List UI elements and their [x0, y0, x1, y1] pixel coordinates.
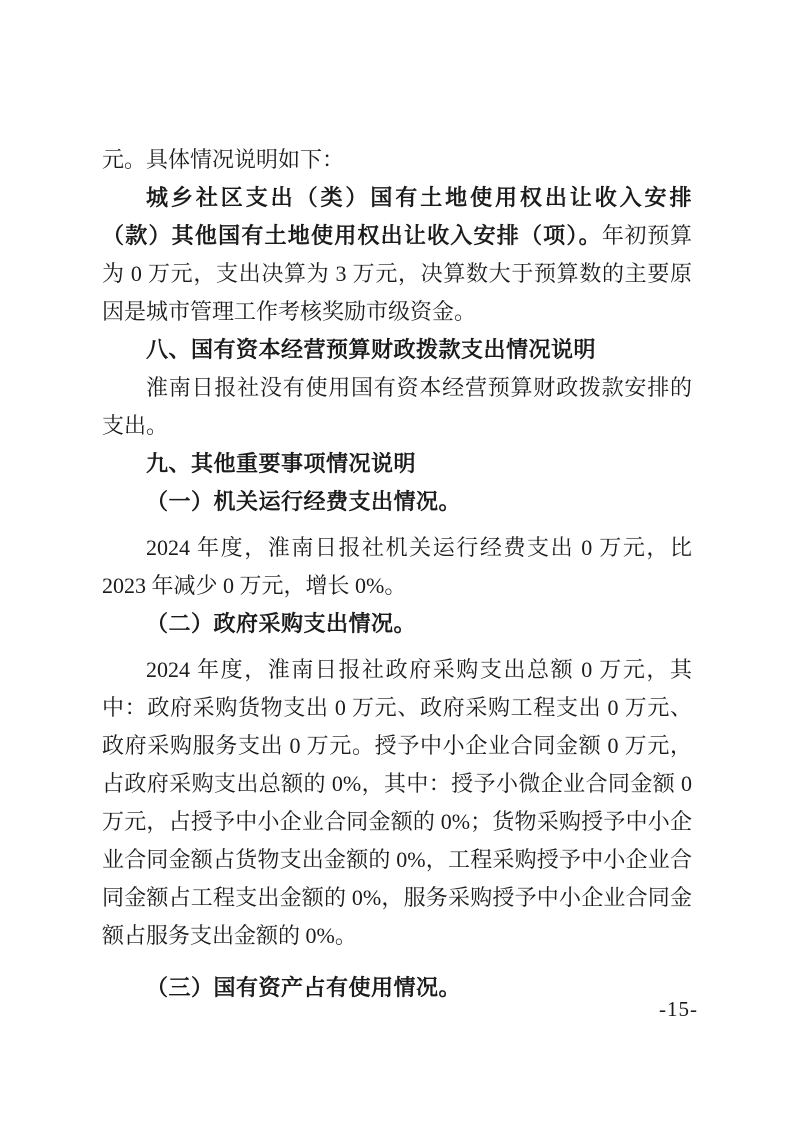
section-9-sub3-heading: （三）国有资产占有使用情况。 [102, 969, 692, 1007]
section-8-heading: 八、国有资本经营预算财政拨款支出情况说明 [102, 331, 692, 369]
paragraph-land-transfer: 城乡社区支出（类）国有土地使用权出让收入安排（款）其他国有土地使用权出让收入安排… [102, 179, 692, 331]
page-number: -15- [659, 996, 698, 1022]
paragraph-continuation: 元。具体情况说明如下： [102, 141, 692, 179]
section-9-sub2-body: 2024 年度，淮南日报社政府采购支出总额 0 万元，其中：政府采购货物支出 0… [102, 651, 692, 955]
document-content: 元。具体情况说明如下： 城乡社区支出（类）国有土地使用权出让收入安排（款）其他国… [102, 141, 692, 1007]
section-8-body: 淮南日报社没有使用国有资本经营预算财政拨款安排的支出。 [102, 369, 692, 445]
section-9-heading: 九、其他重要事项情况说明 [102, 445, 692, 483]
document-page: 元。具体情况说明如下： 城乡社区支出（类）国有土地使用权出让收入安排（款）其他国… [0, 0, 800, 1131]
section-9-sub1-heading: （一）机关运行经费支出情况。 [102, 483, 692, 521]
section-9-sub1-body: 2024 年度，淮南日报社机关运行经费支出 0 万元，比 2023 年减少 0 … [102, 529, 692, 605]
section-9-sub2-heading: （二）政府采购支出情况。 [102, 605, 692, 643]
